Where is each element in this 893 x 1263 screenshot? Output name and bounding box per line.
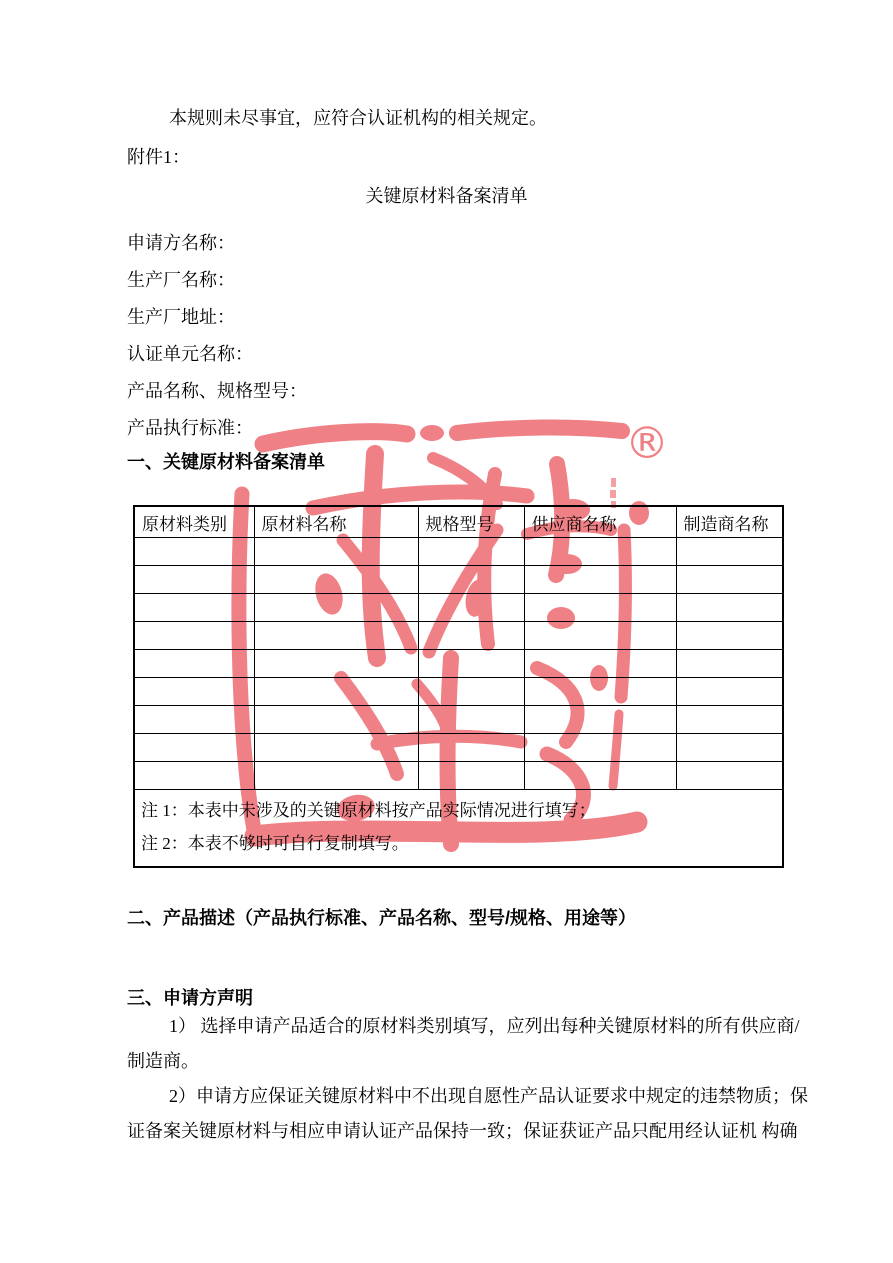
empty-cell (418, 678, 524, 706)
empty-cell (676, 678, 783, 706)
empty-cell (418, 622, 524, 650)
empty-cell (524, 734, 676, 762)
column-header: 供应商名称 (524, 506, 676, 538)
document-page: 本规则未尽事宜，应符合认证机构的相关规定。 附件1： 关键原材料备案清单 申请方… (0, 0, 893, 1263)
empty-cell (134, 622, 254, 650)
empty-cell (524, 762, 676, 790)
empty-cell (524, 650, 676, 678)
empty-cell (254, 594, 418, 622)
empty-cell (524, 706, 676, 734)
table-row (134, 762, 783, 790)
section-two-heading: 二、产品描述（产品执行标准、产品名称、型号/规格、用途等） (127, 906, 827, 930)
table-row (134, 734, 783, 762)
empty-cell (254, 538, 418, 566)
empty-cell (676, 622, 783, 650)
empty-cell (676, 650, 783, 678)
empty-cell (134, 706, 254, 734)
materials-table: 原材料类别原材料名称规格型号供应商名称制造商名称 注 1：本表中未涉及的关键原材… (133, 505, 784, 868)
empty-cell (254, 706, 418, 734)
intro-paragraph: 本规则未尽事宜，应符合认证机构的相关规定。 (127, 106, 792, 130)
empty-cell (676, 566, 783, 594)
watermark-mini-seal-text (610, 478, 616, 508)
document-title: 关键原材料备案清单 (0, 184, 893, 208)
column-header: 规格型号 (418, 506, 524, 538)
table-row (134, 678, 783, 706)
form-field-factory-name: 生产厂名称： (127, 268, 792, 292)
section-one-heading: 一、关键原材料备案清单 (127, 450, 827, 474)
notes-cell: 注 1：本表中未涉及的关键原材料按产品实际情况进行填写；注 2：本表不够时可自行… (134, 790, 783, 868)
declaration-line-1-continued: 制造商。 (127, 1049, 792, 1073)
empty-cell (254, 566, 418, 594)
form-field-product-name-spec: 产品名称、规格型号： (127, 379, 792, 403)
form-field-applicant-name: 申请方名称： (127, 231, 792, 255)
empty-cell (524, 538, 676, 566)
column-header: 原材料名称 (254, 506, 418, 538)
empty-cell (134, 566, 254, 594)
empty-cell (524, 594, 676, 622)
declaration-line-2-continued: 证备案关键原材料与相应申请认证产品保持一致；保证获证产品只配用经认证机 构确 (127, 1119, 792, 1143)
declaration-line-2: 2）申请方应保证关键原材料中不出现自愿性产品认证要求中规定的违禁物质；保 (127, 1084, 792, 1108)
empty-cell (254, 734, 418, 762)
empty-cell (254, 762, 418, 790)
materials-table-body: 注 1：本表中未涉及的关键原材料按产品实际情况进行填写；注 2：本表不够时可自行… (134, 538, 783, 868)
empty-cell (418, 650, 524, 678)
empty-cell (418, 538, 524, 566)
notes-row: 注 1：本表中未涉及的关键原材料按产品实际情况进行填写；注 2：本表不够时可自行… (134, 790, 783, 868)
form-field-factory-address: 生产厂地址： (127, 305, 792, 329)
empty-cell (524, 566, 676, 594)
section-three-heading: 三、申请方声明 (127, 986, 827, 1010)
empty-cell (134, 594, 254, 622)
empty-cell (418, 762, 524, 790)
table-note: 注 1：本表中未涉及的关键原材料按产品实际情况进行填写； (141, 794, 776, 827)
empty-cell (134, 734, 254, 762)
empty-cell (676, 762, 783, 790)
empty-cell (254, 678, 418, 706)
attachment-label: 附件1： (127, 145, 792, 169)
empty-cell (676, 734, 783, 762)
empty-cell (134, 678, 254, 706)
table-row (134, 594, 783, 622)
table-row (134, 622, 783, 650)
empty-cell (254, 650, 418, 678)
empty-cell (676, 706, 783, 734)
materials-table-header-row: 原材料类别原材料名称规格型号供应商名称制造商名称 (134, 506, 783, 538)
table-row (134, 566, 783, 594)
empty-cell (418, 566, 524, 594)
table-row (134, 538, 783, 566)
column-header: 原材料类别 (134, 506, 254, 538)
empty-cell (418, 706, 524, 734)
empty-cell (524, 622, 676, 650)
form-field-certification-unit-name: 认证单元名称： (127, 342, 792, 366)
table-note: 注 2：本表不够时可自行复制填写。 (141, 827, 776, 860)
table-row (134, 706, 783, 734)
empty-cell (676, 538, 783, 566)
empty-cell (418, 734, 524, 762)
empty-cell (254, 622, 418, 650)
table-row (134, 650, 783, 678)
column-header: 制造商名称 (676, 506, 783, 538)
declaration-line-1: 1） 选择申请产品适合的原材料类别填写，应列出每种关键原材料的所有供应商/ (127, 1014, 792, 1038)
form-field-product-standard: 产品执行标准： (127, 416, 792, 440)
empty-cell (134, 762, 254, 790)
empty-cell (134, 650, 254, 678)
empty-cell (134, 538, 254, 566)
empty-cell (676, 594, 783, 622)
empty-cell (418, 594, 524, 622)
empty-cell (524, 678, 676, 706)
